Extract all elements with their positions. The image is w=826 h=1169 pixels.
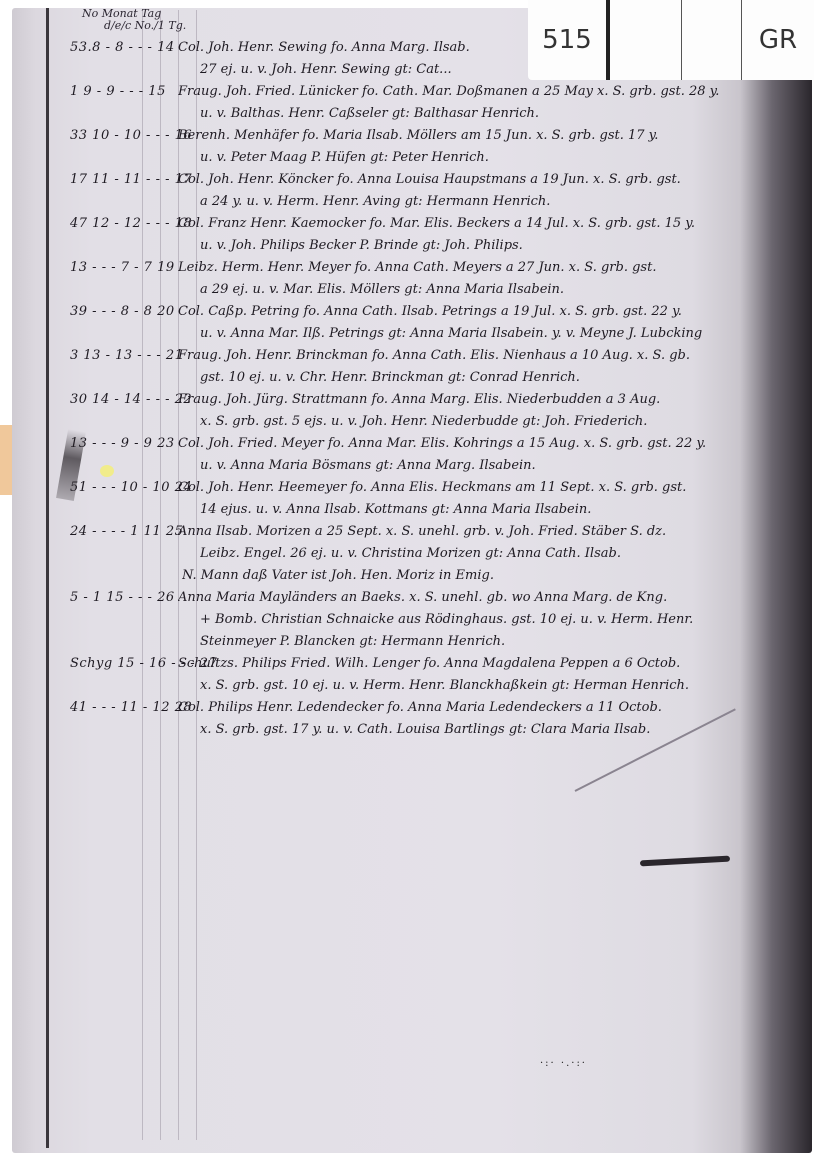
entry-numbers: 13 - - - 7 - 7 19 — [70, 260, 178, 275]
register-entry: 24 - - - - 1 11 25Anna Ilsab. Morizen a … — [70, 524, 760, 590]
entry-text: 27 ej. u. v. Joh. Henr. Sewing gt: Cat..… — [200, 62, 760, 77]
entry-text: Col. Joh. Henr. Heemeyer fo. Anna Elis. … — [178, 480, 760, 495]
ink-specks: ·:· ·.·:· — [540, 1058, 587, 1069]
register-entry: 5 - 1 15 - - - 26Anna Maria Mayländers a… — [70, 590, 760, 656]
entry-text: Berenh. Menhäfer fo. Maria Ilsab. Möller… — [178, 128, 760, 143]
entry-text: x. S. grb. gst. 17 y. u. v. Cath. Louisa… — [200, 722, 760, 737]
entry-text: + Bomb. Christian Schnaicke aus Rödingha… — [200, 612, 760, 627]
register-entry: 53.8 - 8 - - - 14Col. Joh. Henr. Sewing … — [70, 40, 760, 84]
entry-text: u. v. Anna Mar. Ilß. Petrings gt: Anna M… — [200, 326, 760, 341]
register-entry: 1 9 - 9 - - - 15Fraug. Joh. Fried. Lünic… — [70, 84, 760, 128]
header-columns: d/e/c No./1 Tg. — [82, 19, 186, 32]
column-headers: No Monat Tag d/e/c No./1 Tg. — [82, 8, 186, 32]
entry-numbers: 47 12 - 12 - - - 18 — [70, 216, 178, 231]
entry-text: Anna Ilsab. Morizen a 25 Sept. x. S. une… — [178, 524, 760, 539]
entry-text: Schultzs. Philips Fried. Wilh. Lenger fo… — [178, 656, 760, 671]
entry-text: u. v. Anna Maria Bösmans gt: Anna Marg. … — [200, 458, 760, 473]
register-entry: 3 13 - 13 - - - 21Fraug. Joh. Henr. Brin… — [70, 348, 760, 392]
entry-text: Col. Joh. Henr. Sewing fo. Anna Marg. Il… — [178, 40, 760, 55]
entry-numbers: 1 9 - 9 - - - 15 — [70, 84, 178, 99]
entry-text: Col. Franz Henr. Kaemocker fo. Mar. Elis… — [178, 216, 760, 231]
entry-text: Col. Philips Henr. Ledendecker fo. Anna … — [178, 700, 760, 715]
register-entry: 41 - - - 11 - 12 28Col. Philips Henr. Le… — [70, 700, 760, 744]
entry-text: Leibz. Engel. 26 ej. u. v. Christina Mor… — [200, 546, 760, 561]
entry-text: gst. 10 ej. u. v. Chr. Henr. Brinckman g… — [200, 370, 760, 385]
register-entry: 13 - - - 9 - 9 23Col. Joh. Fried. Meyer … — [70, 436, 760, 480]
register-entry: 30 14 - 14 - - - 22Fraug. Joh. Jürg. Str… — [70, 392, 760, 436]
register-entries: 53.8 - 8 - - - 14Col. Joh. Henr. Sewing … — [70, 40, 760, 744]
entry-text: Col. Caßp. Petring fo. Anna Cath. Ilsab.… — [178, 304, 760, 319]
entry-text: u. v. Joh. Philips Becker P. Brinde gt: … — [200, 238, 760, 253]
entry-text: Col. Joh. Henr. Köncker fo. Anna Louisa … — [178, 172, 760, 187]
entry-text: Col. Joh. Fried. Meyer fo. Anna Mar. Eli… — [178, 436, 760, 451]
entry-text: Fraug. Joh. Fried. Lünicker fo. Cath. Ma… — [178, 84, 760, 99]
highlight-dot — [100, 465, 114, 477]
entry-text: 14 ejus. u. v. Anna Ilsab. Kottmans gt: … — [200, 502, 760, 517]
entry-numbers: 3 13 - 13 - - - 21 — [70, 348, 178, 363]
entry-text: Leibz. Herm. Henr. Meyer fo. Anna Cath. … — [178, 260, 760, 275]
entry-numbers: 30 14 - 14 - - - 22 — [70, 392, 178, 407]
entry-text: x. S. grb. gst. 5 ejs. u. v. Joh. Henr. … — [200, 414, 760, 429]
entry-note: N. Mann daß Vater ist Joh. Hen. Moriz in… — [182, 568, 760, 583]
entry-text: Fraug. Joh. Jürg. Strattmann fo. Anna Ma… — [178, 392, 760, 407]
entry-text: u. v. Peter Maag P. Hüfen gt: Peter Henr… — [200, 150, 760, 165]
entry-numbers: 53.8 - 8 - - - 14 — [70, 40, 178, 55]
register-entry: 51 - - - 10 - 10 24Col. Joh. Henr. Heeme… — [70, 480, 760, 524]
register-entry: 39 - - - 8 - 8 20Col. Caßp. Petring fo. … — [70, 304, 760, 348]
entry-text: a 29 ej. u. v. Mar. Elis. Möllers gt: An… — [200, 282, 760, 297]
entry-numbers: Schyg 15 - 16 - - - 27 — [70, 656, 178, 671]
register-entry: 33 10 - 10 - - - 16Berenh. Menhäfer fo. … — [70, 128, 760, 172]
entry-numbers: 39 - - - 8 - 8 20 — [70, 304, 178, 319]
entry-text: Fraug. Joh. Henr. Brinckman fo. Anna Cat… — [178, 348, 760, 363]
edge-tab-marker — [0, 425, 12, 495]
entry-text: Anna Maria Mayländers an Baeks. x. S. un… — [178, 590, 760, 605]
entry-numbers: 5 - 1 15 - - - 26 — [70, 590, 178, 605]
entry-text: a 24 y. u. v. Herm. Henr. Aving gt: Herm… — [200, 194, 760, 209]
register-entry: 47 12 - 12 - - - 18Col. Franz Henr. Kaem… — [70, 216, 760, 260]
entry-numbers: 41 - - - 11 - 12 28 — [70, 700, 178, 715]
entry-text: Steinmeyer P. Blancken gt: Hermann Henri… — [200, 634, 760, 649]
entry-numbers: 13 - - - 9 - 9 23 — [70, 436, 178, 451]
entry-numbers: 33 10 - 10 - - - 16 — [70, 128, 178, 143]
register-entry: Schyg 15 - 16 - - - 27Schultzs. Philips … — [70, 656, 760, 700]
entry-numbers: 24 - - - - 1 11 25 — [70, 524, 178, 539]
register-entry: 17 11 - 11 - - - 17Col. Joh. Henr. Könck… — [70, 172, 760, 216]
entry-text: u. v. Balthas. Henr. Caßseler gt: Baltha… — [200, 106, 760, 121]
entry-numbers: 51 - - - 10 - 10 24 — [70, 480, 178, 495]
entry-numbers: 17 11 - 11 - - - 17 — [70, 172, 178, 187]
entry-text: x. S. grb. gst. 10 ej. u. v. Herm. Henr.… — [200, 678, 760, 693]
margin-rule — [46, 8, 49, 1148]
register-entry: 13 - - - 7 - 7 19Leibz. Herm. Henr. Meye… — [70, 260, 760, 304]
